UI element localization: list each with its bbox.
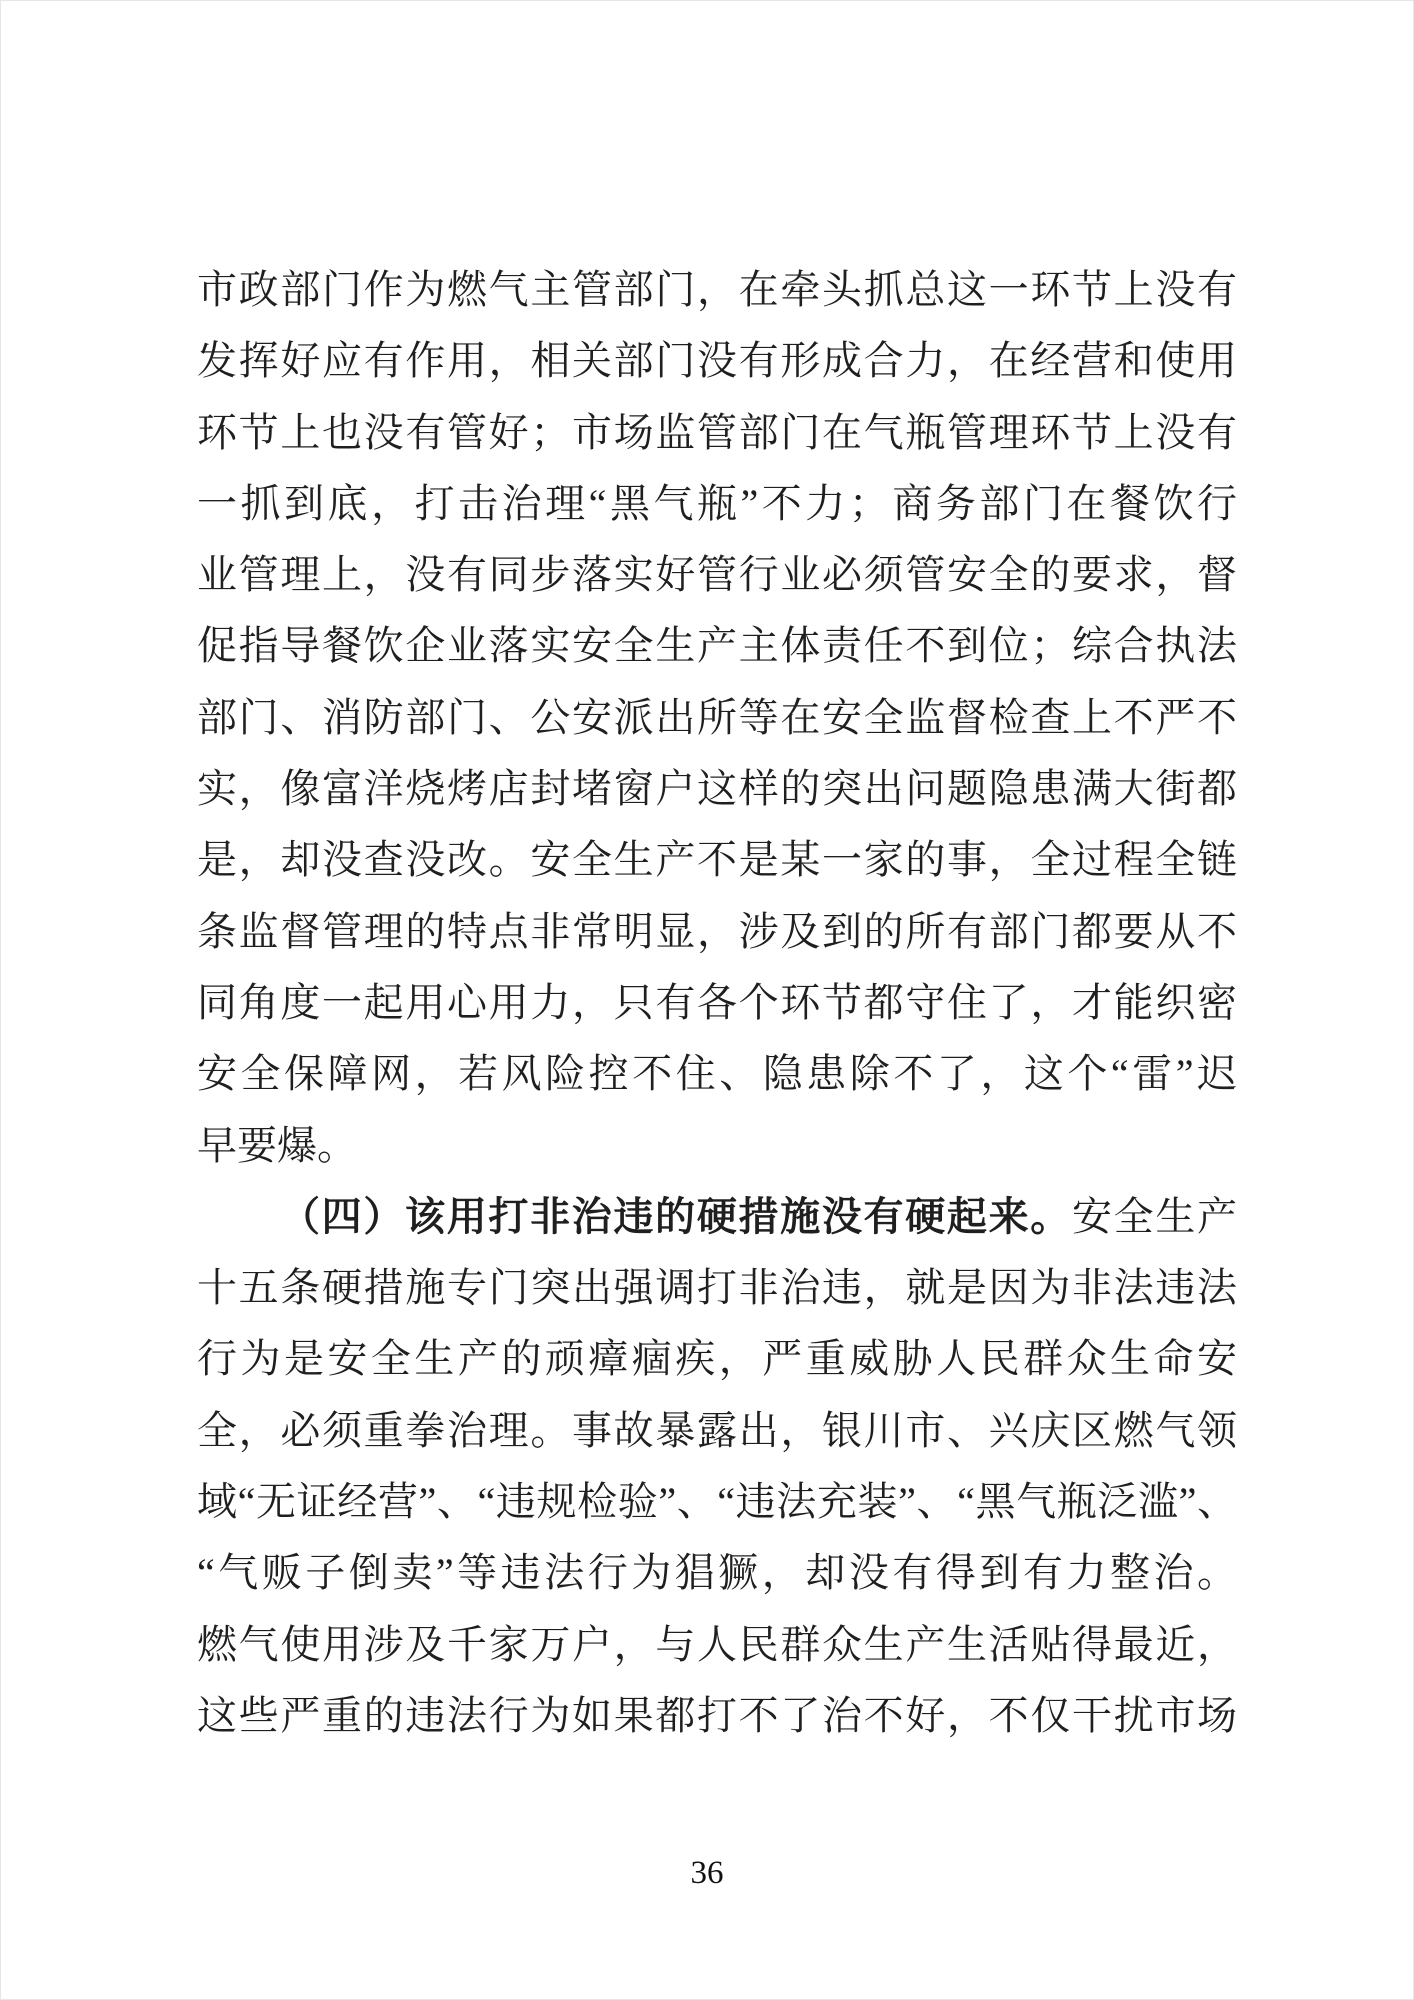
text-line: 一抓到底，打击治理“黑气瓶”不力；商务部门在餐饮行 (197, 468, 1237, 539)
paragraph-heading-bold: （四）该用打非治违的硬措施没有硬起来。 (280, 1194, 1072, 1239)
text-line: 同角度一起用心用力，只有各个环节都守住了，才能织密 (197, 967, 1237, 1038)
text-line: 行为是安全生产的顽瘴痼疾，严重威胁人民群众生命安 (197, 1323, 1237, 1394)
page-number: 36 (0, 1853, 1414, 1893)
text-line: 发挥好应有作用，相关部门没有形成合力，在经营和使用 (197, 325, 1237, 396)
text-line: 环节上也没有管好；市场监管部门在气瓶管理环节上没有 (197, 397, 1237, 468)
text-block: 市政部门作为燃气主管部门，在牵头抓总这一环节上没有 发挥好应有作用，相关部门没有… (197, 254, 1237, 1751)
text-line: 促指导餐饮企业落实安全生产主体责任不到位；综合执法 (197, 610, 1237, 681)
paragraph-heading-line: （四）该用打非治违的硬措施没有硬起来。安全生产 (197, 1181, 1237, 1252)
paragraph-end-line: 早要爆。 (197, 1110, 1237, 1181)
text-line: 部门、消防部门、公安派出所等在安全监督检查上不严不 (197, 682, 1237, 753)
text-line: 燃气使用涉及千家万户，与人民群众生产生活贴得最近， (197, 1609, 1237, 1680)
text-line: 实，像富洋烧烤店封堵窗户这样的突出问题隐患满大街都 (197, 753, 1237, 824)
text-line: 全，必须重拳治理。事故暴露出，银川市、兴庆区燃气领 (197, 1395, 1237, 1466)
text-line: 十五条硬措施专门突出强调打非治违，就是因为非法违法 (197, 1252, 1237, 1323)
text-line: 安全保障网，若风险控不住、隐患除不了，这个“雷”迟 (197, 1038, 1237, 1109)
text-line: 市政部门作为燃气主管部门，在牵头抓总这一环节上没有 (197, 254, 1237, 325)
text-line: “气贩子倒卖”等违法行为猖獗，却没有得到有力整治。 (197, 1537, 1237, 1608)
text-line: 这些严重的违法行为如果都打不了治不好，不仅干扰市场 (197, 1680, 1237, 1751)
text-line: 业管理上，没有同步落实好管行业必须管安全的要求，督 (197, 539, 1237, 610)
text-line: 域“无证经营”、“违规检验”、“违法充装”、“黑气瓶泛滥”、 (197, 1466, 1237, 1537)
text-line: 是，却没查没改。安全生产不是某一家的事，全过程全链 (197, 824, 1237, 895)
paragraph-heading-rest: 安全生产 (1072, 1194, 1237, 1239)
document-page: 市政部门作为燃气主管部门，在牵头抓总这一环节上没有 发挥好应有作用，相关部门没有… (0, 0, 1414, 2000)
text-line: 条监督管理的特点非常明显，涉及到的所有部门都要从不 (197, 896, 1237, 967)
